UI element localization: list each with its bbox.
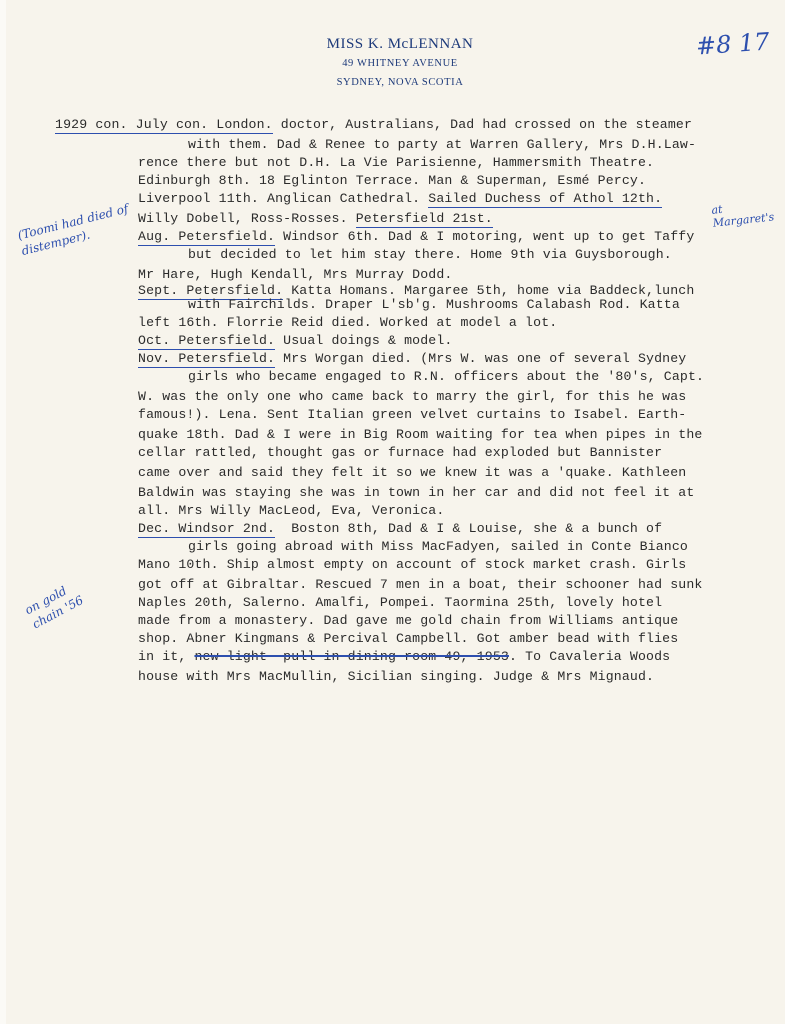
line-text: Katta Homans. Margaree 5th, home via Bad… <box>283 283 694 298</box>
typed-line: girls who became engaged to R.N. officer… <box>188 369 704 384</box>
line-text: Liverpool 11th. Anglican Cathedral. <box>138 191 428 206</box>
letterhead: MISS K. McLENNAN 49 WHITNEY AVENUE SYDNE… <box>300 34 500 92</box>
line-text: Boston 8th, Dad & I & Louise, she & a bu… <box>275 521 662 536</box>
typed-line: with Fairchilds. Draper L'sb'g. Mushroom… <box>188 297 680 312</box>
letterhead-name: MISS K. McLENNAN <box>300 34 500 54</box>
typed-line: Oct. Petersfield. Usual doings & model. <box>138 333 453 348</box>
line-text: shop. Abner Kingmans & Percival Campbell… <box>138 631 678 646</box>
line-text: house with Mrs MacMullin, Sicilian singi… <box>138 669 654 684</box>
struck-through-text: new light -pull in dining-room 49, 1953 <box>194 649 509 664</box>
typed-line: came over and said they felt it so we kn… <box>138 465 686 480</box>
line-text: but decided to let him stay there. Home … <box>188 247 672 262</box>
line-text: . To Cavaleria Woods <box>509 649 670 664</box>
line-text: Edinburgh 8th. 18 Eglinton Terrace. Man … <box>138 173 646 188</box>
underlined-heading: 1929 con. July con. London. <box>55 117 273 134</box>
typed-line: W. was the only one who came back to mar… <box>138 389 686 404</box>
line-text: Mano 10th. Ship almost empty on account … <box>138 557 686 572</box>
typed-line: Naples 20th, Salerno. Amalfi, Pompei. Ta… <box>138 595 662 610</box>
line-text: famous!). Lena. Sent Italian green velve… <box>138 407 686 422</box>
line-text: Willy Dobell, Ross-Rosses. <box>138 211 356 226</box>
line-text: girls who became engaged to R.N. officer… <box>188 369 704 384</box>
line-text: left 16th. Florrie Reid died. Worked at … <box>138 315 557 330</box>
underlined-heading: Petersfield 21st. <box>356 211 493 228</box>
typed-line: Edinburgh 8th. 18 Eglinton Terrace. Man … <box>138 173 646 188</box>
typed-line: with them. Dad & Renee to party at Warre… <box>188 137 696 152</box>
line-text: W. was the only one who came back to mar… <box>138 389 686 404</box>
typed-line: but decided to let him stay there. Home … <box>188 247 672 262</box>
typed-line: made from a monastery. Dad gave me gold … <box>138 613 678 628</box>
typed-line: cellar rattled, thought gas or furnace h… <box>138 445 662 460</box>
typed-line: 1929 con. July con. London. doctor, Aust… <box>55 117 692 132</box>
typed-line: Mr Hare, Hugh Kendall, Mrs Murray Dodd. <box>138 267 453 282</box>
line-text: all. Mrs Willy MacLeod, Eva, Veronica. <box>138 503 444 518</box>
line-text: rence there but not D.H. La Vie Parisien… <box>138 155 654 170</box>
typed-line: Dec. Windsor 2nd. Boston 8th, Dad & I & … <box>138 521 662 536</box>
typed-line: Baldwin was staying she was in town in h… <box>138 485 694 500</box>
line-text: cellar rattled, thought gas or furnace h… <box>138 445 662 460</box>
underlined-heading: Oct. Petersfield. <box>138 333 275 350</box>
typed-line: Nov. Petersfield. Mrs Worgan died. (Mrs … <box>138 351 686 366</box>
typed-line: famous!). Lena. Sent Italian green velve… <box>138 407 686 422</box>
typed-line: all. Mrs Willy MacLeod, Eva, Veronica. <box>138 503 444 518</box>
line-text: quake 18th. Dad & I were in Big Room wai… <box>138 427 702 442</box>
line-text: in it, <box>138 649 194 664</box>
underlined-heading: Aug. Petersfield. <box>138 229 275 246</box>
line-text: made from a monastery. Dad gave me gold … <box>138 613 678 628</box>
typed-line: girls going abroad with Miss MacFadyen, … <box>188 539 688 554</box>
line-text: girls going abroad with Miss MacFadyen, … <box>188 539 688 554</box>
underlined-heading: Sailed Duchess of Athol 12th. <box>428 191 662 208</box>
line-text: with them. Dad & Renee to party at Warre… <box>188 137 696 152</box>
typed-line: got off at Gibraltar. Rescued 7 men in a… <box>138 577 702 592</box>
line-text: Windsor 6th. Dad & I motoring, went up t… <box>275 229 694 244</box>
line-text: Mr Hare, Hugh Kendall, Mrs Murray Dodd. <box>138 267 453 282</box>
line-text: doctor, Australians, Dad had crossed on … <box>273 117 692 132</box>
line-text: came over and said they felt it so we kn… <box>138 465 686 480</box>
typed-line: left 16th. Florrie Reid died. Worked at … <box>138 315 557 330</box>
typed-line: Liverpool 11th. Anglican Cathedral. Sail… <box>138 191 662 206</box>
typed-line: shop. Abner Kingmans & Percival Campbell… <box>138 631 678 646</box>
typed-line: Aug. Petersfield. Windsor 6th. Dad & I m… <box>138 229 694 244</box>
line-text: Mrs Worgan died. (Mrs W. was one of seve… <box>275 351 686 366</box>
handwritten-insertion: at Margaret's <box>711 196 785 229</box>
underlined-heading: Dec. Windsor 2nd. <box>138 521 275 538</box>
letterhead-address: 49 WHITNEY AVENUE <box>300 54 500 73</box>
handwritten-margin-note: on gold chain '56 <box>22 566 108 632</box>
typed-line: Willy Dobell, Ross-Rosses. Petersfield 2… <box>138 211 493 226</box>
typed-line: in it, new light -pull in dining-room 49… <box>138 649 670 664</box>
typed-line: quake 18th. Dad & I were in Big Room wai… <box>138 427 702 442</box>
page-edge <box>0 0 6 1024</box>
line-text: Usual doings & model. <box>275 333 452 348</box>
handwritten-margin-note: (Toomi had died of distemper). <box>16 199 140 259</box>
underlined-heading: Nov. Petersfield. <box>138 351 275 368</box>
typed-line: rence there but not D.H. La Vie Parisien… <box>138 155 654 170</box>
line-text: got off at Gibraltar. Rescued 7 men in a… <box>138 577 702 592</box>
handwritten-page-number: #8 17 <box>695 27 770 60</box>
line-text: with Fairchilds. Draper L'sb'g. Mushroom… <box>188 297 680 312</box>
line-text: Naples 20th, Salerno. Amalfi, Pompei. Ta… <box>138 595 662 610</box>
typed-line: Mano 10th. Ship almost empty on account … <box>138 557 686 572</box>
typed-line: Sept. Petersfield. Katta Homans. Margare… <box>138 283 694 298</box>
line-text: Baldwin was staying she was in town in h… <box>138 485 694 500</box>
typed-line: house with Mrs MacMullin, Sicilian singi… <box>138 669 654 684</box>
letterhead-city: SYDNEY, NOVA SCOTIA <box>300 73 500 92</box>
